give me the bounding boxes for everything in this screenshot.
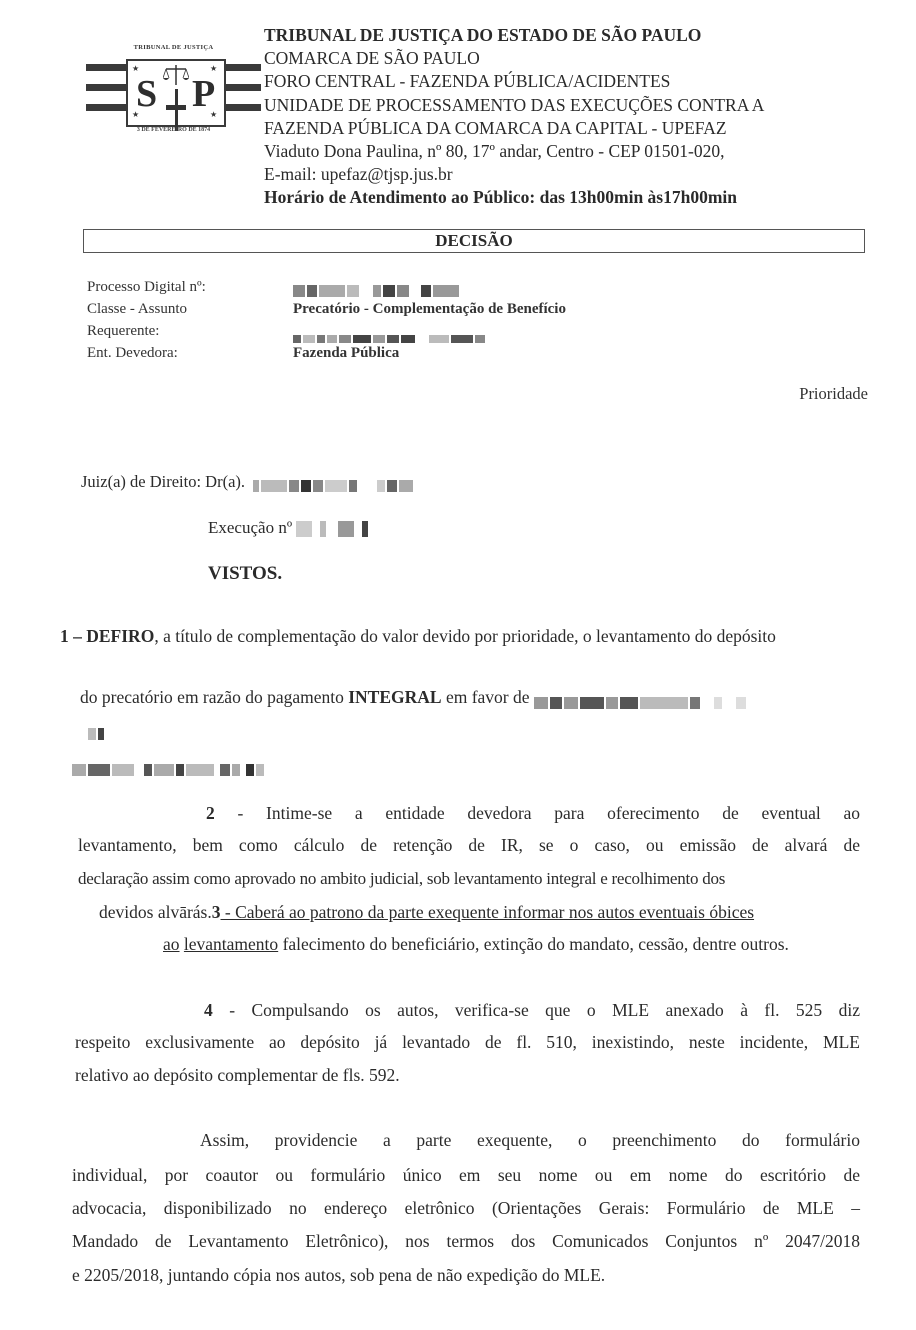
vistos-heading: VISTOS. (208, 563, 282, 585)
paragraph-2-text: - Intime-se a entidade devedora para ofe… (215, 803, 860, 823)
judge-line: Juiz(a) de Direito: Dr(a). (81, 472, 415, 492)
paragraph-4-line3: relativo ao depósito complementar de fls… (75, 1065, 400, 1086)
meta-label: Requerente: (87, 320, 159, 342)
execution-line: Execução nº (208, 518, 370, 538)
meta-value-devedora: Fazenda Pública (293, 342, 399, 364)
paragraph-1-text: , a título de complementação do valor de… (154, 626, 776, 646)
paragraph-3-text: - Caberá ao patrono da parte exequente i… (221, 902, 755, 922)
meta-label: Ent. Devedora: (87, 342, 178, 364)
header-unit-line2: FAZENDA PÚBLICA DA COMARCA DA CAPITAL - … (264, 117, 764, 140)
header-court-name: TRIBUNAL DE JUSTIÇA DO ESTADO DE SÃO PAU… (264, 24, 764, 47)
header-unit-line1: UNIDADE DE PROCESSAMENTO DAS EXECUÇÕES C… (264, 94, 764, 117)
judge-label: Juiz(a) de Direito: Dr(a). (81, 472, 245, 491)
item-number: 1 (60, 626, 69, 646)
defiro-keyword: DEFIRO (86, 626, 154, 646)
item-number: 3 (212, 902, 221, 922)
court-header: TRIBUNAL DE JUSTIÇA DO ESTADO DE SÃO PAU… (264, 24, 764, 210)
priority-label: Prioridade (799, 384, 868, 404)
header-hours: Horário de Atendimento ao Público: das 1… (264, 186, 764, 209)
paragraph-2-text: devidos alvārás. (99, 902, 212, 922)
paragraph-5-line5: e 2205/2018, juntando cópia nos autos, s… (72, 1265, 605, 1286)
meta-value-class: Precatório - Complementação de Benefício (293, 298, 566, 320)
header-foro: FORO CENTRAL - FAZENDA PÚBLICA/ACIDENTES (264, 70, 764, 93)
paragraph-2-line5: ao levantamento falecimento do beneficiá… (163, 934, 789, 955)
meta-label: Processo Digital nº: (87, 276, 206, 298)
logo-emblem: ★ ★ ★ ★ S P (126, 59, 226, 127)
logo-letter-s: S (136, 75, 157, 113)
redacted-judge-name (253, 477, 415, 489)
logo-bottom-caption: 3 DE FEVEREIRO DE 1874 (86, 127, 261, 133)
document-title: DECISÃO (84, 230, 864, 252)
header-comarca: COMARCA DE SÃO PAULO (264, 47, 764, 70)
paragraph-5-line3: advocacia, disponibilizado no endereço e… (72, 1198, 860, 1219)
paragraph-1-text: em favor de (442, 687, 530, 707)
logo-top-caption: TRIBUNAL DE JUSTIÇA (86, 44, 261, 51)
paragraph-4-line1: 4 - Compulsando os autos, verifica-se qu… (204, 1000, 860, 1021)
item-number: 2 (206, 803, 215, 823)
paragraph-5-line4: Mandado de Levantamento Eletrônico), nos… (72, 1231, 860, 1252)
logo-letter-p: P (192, 75, 215, 113)
item-number: 4 (204, 1000, 213, 1020)
paragraph-1-line2: do precatório em razão do pagamento INTE… (80, 687, 748, 708)
redacted-requerente (293, 320, 487, 342)
redacted-execution-number (296, 521, 370, 537)
execution-label: Execução nº (208, 518, 292, 537)
paragraph-1-line1: 1 – DEFIRO, a título de complementação d… (60, 626, 776, 647)
paragraph-5-line1: Assim, providencie a parte exequente, o … (200, 1130, 860, 1151)
redacted-process-number (293, 276, 461, 298)
scales-of-justice-icon (163, 63, 189, 87)
paragraph-3-text: falecimento do beneficiário, extinção do… (278, 934, 789, 954)
paragraph-4-text: - Compulsando os autos, verifica-se que … (213, 1000, 860, 1020)
header-email: E-mail: upefaz@tjsp.jus.br (264, 163, 764, 186)
redacted-beneficiary-cont (88, 724, 106, 742)
paragraph-3-text: levantamento (184, 934, 278, 954)
paragraph-2-line1: 2 - Intime-se a entidade devedora para o… (206, 803, 860, 824)
item-dash: – (69, 626, 87, 646)
redacted-beneficiary-line3 (72, 760, 266, 778)
paragraph-2-line3: declaração assim como aprovado no ambito… (78, 869, 860, 889)
document-title-box: DECISÃO (83, 229, 865, 253)
paragraph-1-text: do precatório em razão do pagamento (80, 687, 348, 707)
court-logo: TRIBUNAL DE JUSTIÇA ★ ★ ★ ★ S P 3 DE FEV… (86, 40, 261, 140)
header-address: Viaduto Dona Paulina, nº 80, 17º andar, … (264, 140, 764, 163)
paragraph-4-line2: respeito exclusivamente ao depósito já l… (75, 1032, 860, 1053)
redacted-beneficiary (534, 693, 748, 705)
paragraph-2-line2: levantamento, bem como cálculo de retenç… (78, 835, 860, 856)
paragraph-2-line4: devidos alvārás.3 - Caberá ao patrono da… (99, 902, 754, 923)
paragraph-5-line2: individual, por coautor ou formulário ún… (72, 1165, 860, 1186)
meta-label: Classe - Assunto (87, 298, 187, 320)
paragraph-3-text: ao (163, 934, 180, 954)
integral-keyword: INTEGRAL (348, 687, 441, 707)
